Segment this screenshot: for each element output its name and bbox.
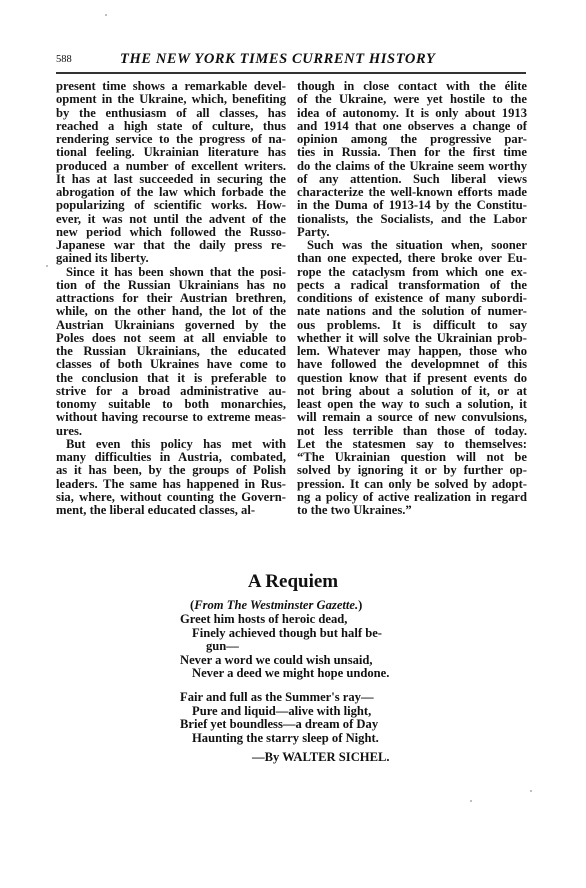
scan-speck	[105, 14, 107, 16]
text-line: of the Ukraine, were yet hostile to the	[297, 93, 527, 106]
poem-line: Brief yet boundless—a dream of Day	[180, 718, 420, 732]
text-line: ures.	[56, 425, 286, 438]
text-line: and 1914 that one observes a change of	[297, 120, 527, 133]
poem-line: Never a deed we might hope undone.	[180, 667, 420, 681]
text-line: conditions of existence of many subordi-	[297, 292, 527, 305]
text-line: whether it will solve the Ukrainian prob…	[297, 332, 527, 345]
text-line: gained its liberty.	[56, 252, 286, 265]
text-line: least open the way to such a solution, i…	[297, 398, 527, 411]
text-line: reached a high state of culture, thus	[56, 120, 286, 133]
text-line: many difficulties in Austria, combated,	[56, 451, 286, 464]
text-line: pression. It can only be solved by adopt…	[297, 478, 527, 491]
poem-title: A Requiem	[0, 571, 586, 593]
text-line: sia, where, without counting the Govern-	[56, 491, 286, 504]
article-left-column: present time shows a remarkable devel-op…	[56, 80, 286, 517]
text-line: Party.	[297, 226, 527, 239]
poem-body: Greet him hosts of heroic dead,Finely ac…	[180, 613, 420, 745]
text-line: ever, it was not until the advent of the	[56, 213, 286, 226]
text-line: Let the statesmen say to themselves:	[297, 438, 527, 451]
text-line: opment in the Ukraine, which, benefiting	[56, 93, 286, 106]
text-line: to the two Ukraines.”	[297, 504, 527, 517]
text-line: new period which followed the Russo-	[56, 226, 286, 239]
text-line: present time shows a remarkable devel-	[56, 80, 286, 93]
article-right-column: though in close contact with the éliteof…	[297, 80, 527, 517]
text-line: ous problems. It is difficult to say	[297, 319, 527, 332]
text-line: Japanese war that the daily press re-	[56, 239, 286, 252]
text-line: classes of both Ukraines have come to	[56, 358, 286, 371]
scan-speck	[470, 800, 472, 802]
poem-line: gun—	[180, 640, 420, 654]
text-line: Since it has been shown that the posi-	[56, 266, 286, 279]
text-line: pects a radical transformation of the	[297, 279, 527, 292]
scan-speck	[46, 265, 48, 267]
text-line: Poles does not seem at all enviable to	[56, 332, 286, 345]
text-line: of any attention. Such liberal views	[297, 173, 527, 186]
text-line: strive for a broad administrative au-	[56, 385, 286, 398]
text-line: without having recourse to extreme meas-	[56, 411, 286, 424]
source-paren-close: )	[358, 598, 362, 612]
poem-source: (From The Westminster Gazette.)	[190, 598, 362, 613]
text-line: question know that if present events do	[297, 372, 527, 385]
text-line: the Russian Ukrainians, the educated	[56, 345, 286, 358]
text-line: It has at last succeeded in securing the	[56, 173, 286, 186]
text-line: ng a policy of active realization in reg…	[297, 491, 527, 504]
text-line: characterize the well-known efforts made	[297, 186, 527, 199]
source-publication: From The Westminster Gazette.	[194, 598, 358, 612]
poem-line: Never a word we could wish unsaid,	[180, 654, 420, 668]
text-line: But even this policy has met with	[56, 438, 286, 451]
text-line: solved by ignoring it or by further op-	[297, 464, 527, 477]
text-line: do the claims of the Ukraine seem worthy	[297, 160, 527, 173]
text-line: Austrian Ukrainians governed by the	[56, 319, 286, 332]
scan-speck	[530, 790, 532, 792]
running-title: THE NEW YORK TIMES CURRENT HISTORY	[112, 51, 526, 68]
magazine-page: 588 THE NEW YORK TIMES CURRENT HISTORY p…	[0, 0, 586, 888]
text-line: have followed the developmnet of this	[297, 358, 527, 371]
text-line: tionalists, the Socialists, and the Labo…	[297, 213, 527, 226]
text-line: ties in Russia. Then for the first time	[297, 146, 527, 159]
text-line: though in close contact with the élite	[297, 80, 527, 93]
text-line: abrogation of the law which forbade the	[56, 186, 286, 199]
text-line: Such was the situation when, sooner	[297, 239, 527, 252]
page-header: 588 THE NEW YORK TIMES CURRENT HISTORY	[56, 51, 526, 69]
text-line: popularizing of scientific works. How-	[56, 199, 286, 212]
text-line: tion of the Russian Ukrainians has no	[56, 279, 286, 292]
poem-line: Greet him hosts of heroic dead,	[180, 613, 420, 627]
text-line: nate nations and the solution of numer-	[297, 305, 527, 318]
text-line: than one expected, there broke over Eu-	[297, 252, 527, 265]
text-line: not less terrible than those of today.	[297, 425, 527, 438]
poem-line: Haunting the starry sleep of Night.	[180, 732, 420, 746]
text-line: in the Duma of 1913-14 by the Constitu-	[297, 199, 527, 212]
text-line: leaders. The same has happened in Rus-	[56, 478, 286, 491]
text-line: tonomy suitable to both monarchies,	[56, 398, 286, 411]
poem-line: Fair and full as the Summer's ray—	[180, 691, 420, 705]
text-line: rope the cataclysm from which one ex-	[297, 266, 527, 279]
text-line: tional feeling. Ukrainian literature has	[56, 146, 286, 159]
poem-byline: —By WALTER SICHEL.	[252, 750, 390, 765]
text-line: attractions for their Austrian brethren,	[56, 292, 286, 305]
text-line: the conclusion that it is preferable to	[56, 372, 286, 385]
text-line: will remain a source of new convulsions,	[297, 411, 527, 424]
text-line: as it has been, by the groups of Polish	[56, 464, 286, 477]
text-line: opinion among the progressive par-	[297, 133, 527, 146]
poem-line: Finely achieved though but half be-	[180, 627, 420, 641]
text-line: produced a number of excellent writers.	[56, 160, 286, 173]
text-line: by the enthusiasm of all classes, has	[56, 107, 286, 120]
text-line: rendering service to the progress of na-	[56, 133, 286, 146]
page-number: 588	[56, 54, 72, 65]
text-line: idea of autonomy. It is only about 1913	[297, 107, 527, 120]
text-line: “The Ukrainian question will not be	[297, 451, 527, 464]
text-line: ment, the liberal educated classes, al-	[56, 504, 286, 517]
header-rule	[56, 72, 526, 74]
poem-line: Pure and liquid—alive with light,	[180, 705, 420, 719]
text-line: not bring about a solution of it, or at	[297, 385, 527, 398]
text-line: while, on the other hand, the lot of the	[56, 305, 286, 318]
text-line: lem. Whatever may happen, those who	[297, 345, 527, 358]
